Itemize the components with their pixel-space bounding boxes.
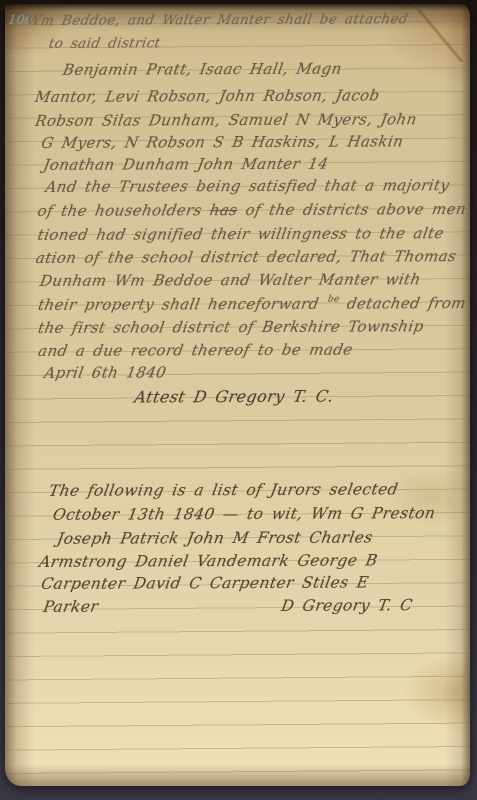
manuscript-line: G Myers, N Robson S B Haskins, L Haskin — [40, 132, 405, 152]
text-segment: of the districts above men — [236, 200, 468, 219]
ledger-page: 106 Wm Beddoe, and Walter Manter shall b… — [5, 4, 470, 786]
manuscript-text: Wm Beddoe, and Walter Manter shall be at… — [5, 4, 470, 786]
manuscript-line: and a due record thereof to be made — [37, 340, 354, 359]
manuscript-line: Wm Beddoe, and Walter Manter shall be at… — [25, 11, 409, 29]
manuscript-line: The following is a list of Jurors select… — [47, 480, 399, 500]
date-line: April 6th 1840 — [43, 363, 168, 382]
manuscript-line: Carpenter David C Carpenter Stiles E — [40, 573, 370, 592]
manuscript-line: Parker D Gregory T. C — [42, 596, 460, 616]
manuscript-line: tioned had signified their willingness t… — [36, 224, 445, 244]
manuscript-line: Joseph Patrick John M Frost Charles — [56, 528, 375, 547]
clerk-signature: D Gregory T. C — [280, 596, 414, 615]
juror-name: Parker — [42, 598, 100, 616]
manuscript-line: their property shall henceforward be det… — [37, 294, 468, 314]
manuscript-line: And the Trustees being satisfied that a … — [44, 176, 451, 196]
manuscript-line: ation of the school district declared, T… — [34, 247, 457, 267]
manuscript-line: Benjamin Pratt, Isaac Hall, Magn — [62, 60, 344, 79]
manuscript-line: Robson Silas Dunham, Samuel N Myers, Joh… — [34, 110, 418, 130]
manuscript-line: to said district — [48, 35, 162, 51]
text-segment: their property shall henceforward — [37, 295, 329, 314]
manuscript-line: October 13th 1840 — to wit, Wm G Preston — [52, 504, 437, 524]
strikethrough-word: has — [208, 201, 239, 219]
clerk-attestation: Attest D Gregory T. C. — [133, 387, 335, 407]
manuscript-line: the first school district of Berkshire T… — [37, 317, 426, 337]
scanned-ledger-photo: 106 Wm Beddoe, and Walter Manter shall b… — [0, 0, 477, 800]
text-segment: of the householders — [36, 201, 211, 220]
manuscript-line: of the householders has of the districts… — [36, 200, 468, 220]
text-segment: detached from — [337, 294, 467, 313]
manuscript-line: Mantor, Levi Robson, John Robson, Jacob — [34, 86, 381, 106]
manuscript-line: Armstrong Daniel Vandemark George B — [38, 551, 379, 570]
manuscript-line: Dunham Wm Beddoe and Walter Manter with — [39, 270, 423, 290]
manuscript-line: Jonathan Dunham John Manter 14 — [42, 155, 330, 174]
